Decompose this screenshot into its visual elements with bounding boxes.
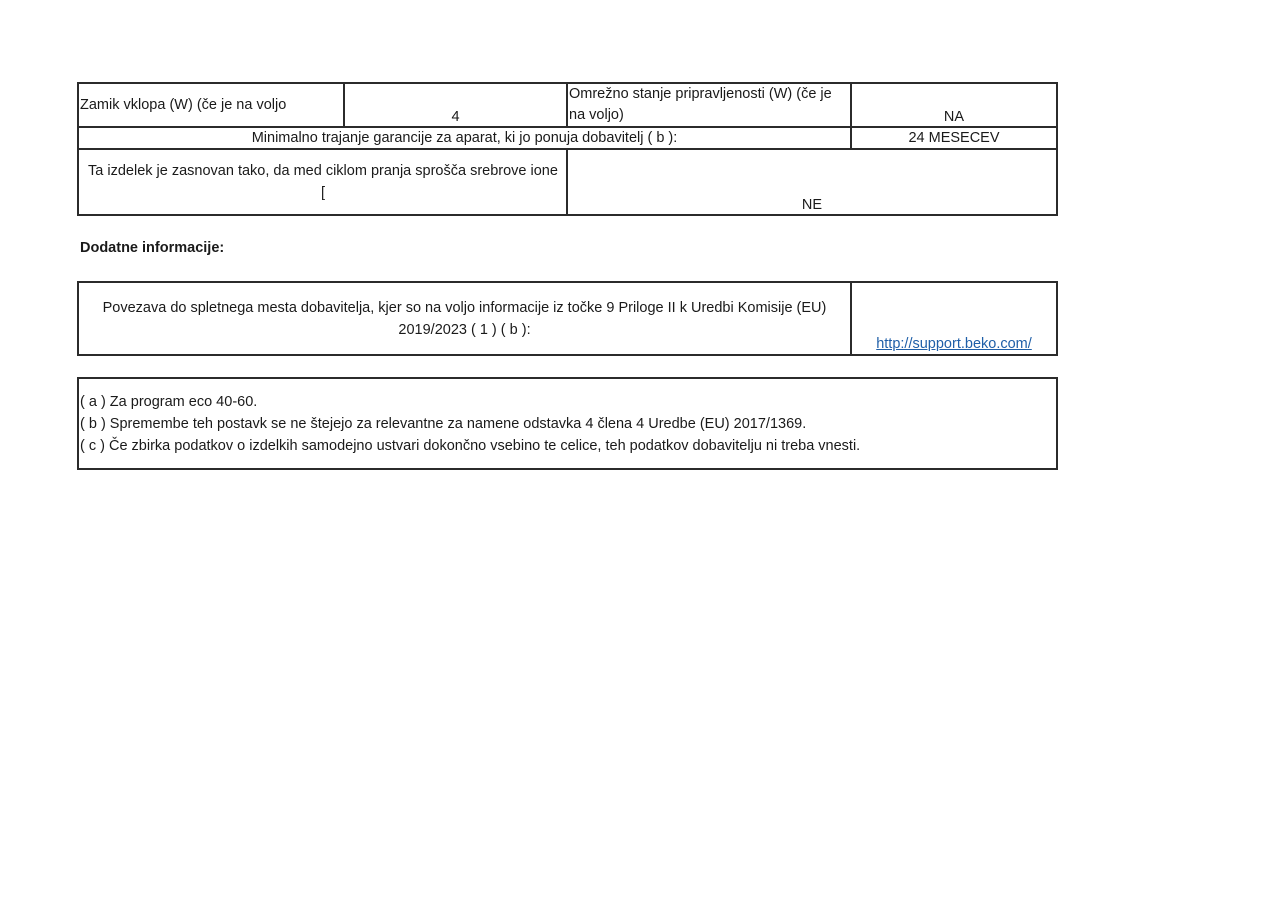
silver-ions-value: NE [568, 194, 1056, 216]
network-standby-value: NA [852, 106, 1056, 128]
supplier-link-label: Povezava do spletnega mesta dobavitelja,… [81, 297, 848, 341]
footnote-a: ( a ) Za program eco 40-60. [80, 391, 1050, 413]
footnote-b: ( b ) Spremembe teh postavk se ne štejej… [80, 413, 1050, 435]
supplier-link-table: Povezava do spletnega mesta dobavitelja,… [77, 281, 1058, 356]
network-standby-label: Omrežno stanje pripravljenosti (W) (če j… [569, 84, 849, 126]
standby-delay-value: 4 [345, 106, 566, 128]
silver-ions-label: Ta izdelek je zasnovan tako, da med cikl… [87, 160, 559, 204]
footnote-c: ( c ) Če zbirka podatkov o izdelkih samo… [80, 435, 1050, 457]
column-divider [566, 84, 568, 126]
supplier-website-link[interactable]: http://support.beko.com/ [876, 336, 1032, 352]
warranty-value: 24 MESECEV [852, 128, 1056, 148]
footnotes-box: ( a ) Za program eco 40-60. ( b ) Spreme… [77, 377, 1058, 470]
standby-delay-label: Zamik vklopa (W) (če je na voljo [80, 94, 342, 116]
product-info-table: Zamik vklopa (W) (če je na voljo 4 Omrež… [77, 82, 1058, 216]
footnotes-list: ( a ) Za program eco 40-60. ( b ) Spreme… [80, 391, 1050, 457]
additional-info-heading: Dodatne informacije: [80, 238, 224, 258]
warranty-label: Minimalno trajanje garancije za aparat, … [79, 128, 850, 148]
